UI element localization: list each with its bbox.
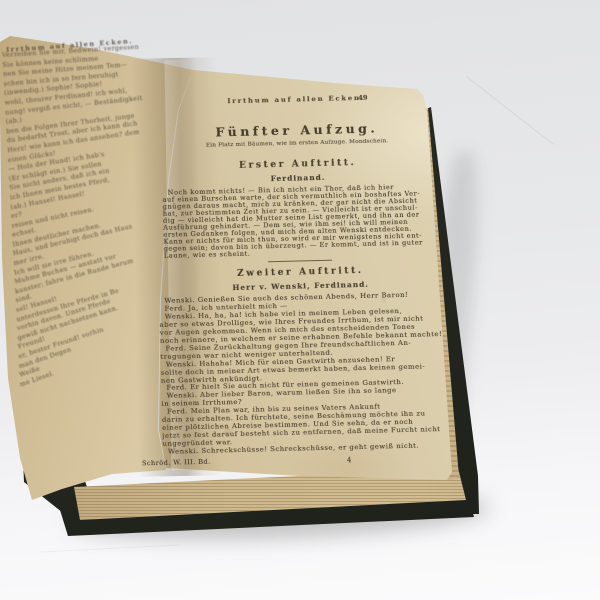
surface-scratch (40, 544, 180, 552)
sheet-mark: 4 (347, 456, 352, 464)
book-photograph: Irrthum auf allen Ecken. Verzeihen Sie m… (0, 0, 600, 600)
surface-scratch (466, 76, 553, 145)
page-number: 49 (358, 94, 368, 102)
scene-separator-rule (268, 260, 332, 263)
right-page-text: Irrthum auf allen Ecken. 49 Fünfter Aufz… (140, 92, 461, 467)
scene-one-monologue: Noch kommt nichts! — Bin ich nicht ein T… (162, 183, 456, 261)
footer-signature: Schröd. W. III. Bd. (142, 457, 211, 467)
scene-two-dialogue: Wenski. Genießen Sie auch des schönen Ab… (159, 291, 461, 456)
